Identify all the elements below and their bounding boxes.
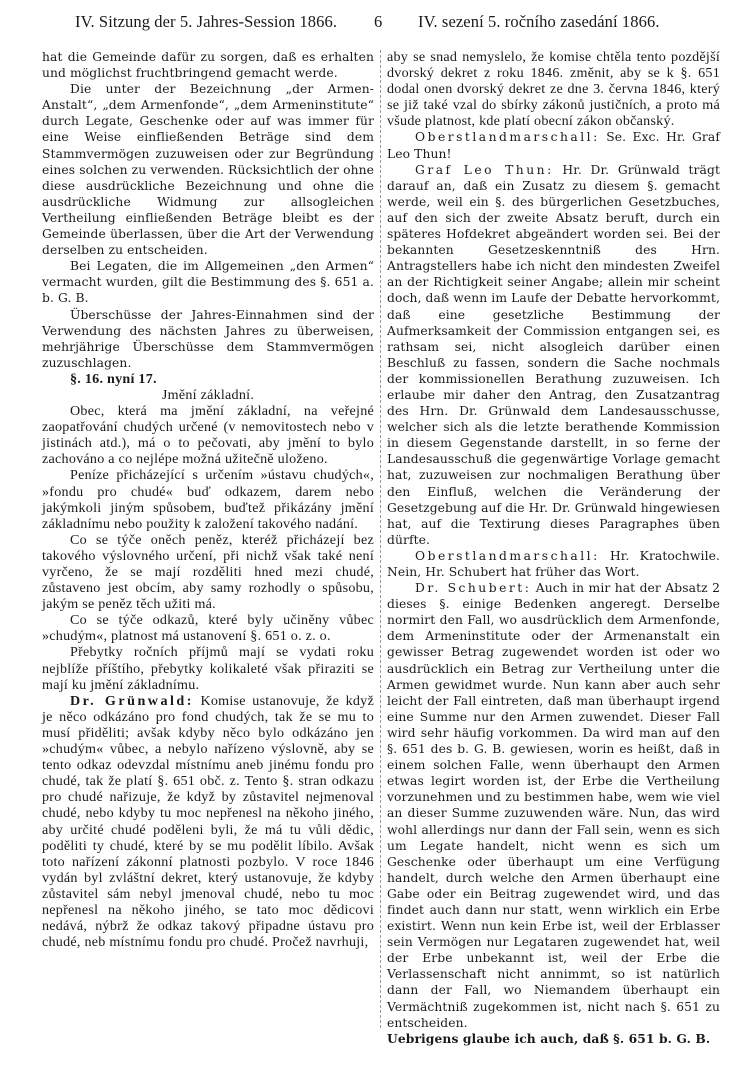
speech-paragraph: Dr. Schubert: Auch in mir hat der Absatz… [387, 580, 720, 1031]
speech-paragraph: Graf Leo Thun: Hr. Dr. Grünwald trägt da… [387, 162, 720, 548]
speech-paragraph: Dr. Grünwald: Komise ustanovuje, že když… [42, 693, 374, 951]
speech-paragraph: Oberstlandmarschall: Hr. Kratochwile. Ne… [387, 548, 720, 580]
right-column: aby se snad nemyslelo, že komise chtěla … [387, 49, 720, 1047]
speaker-name: Oberstlandmarschall: [415, 549, 600, 563]
section-number: §. 16. nyní 17. [42, 371, 374, 387]
paragraph: Peníze přicházející s určením »ústavu ch… [42, 467, 374, 531]
paragraph: aby se snad nemyslelo, že komise chtěla … [387, 49, 720, 129]
paragraph: Uebrigens glaube ich auch, daß §. 651 b.… [387, 1031, 720, 1047]
section-heading: Jmění základní. [42, 387, 374, 403]
page-number: 6 [374, 12, 382, 32]
paragraph: Überschüsse der Jahres-Einnahmen sind de… [42, 307, 374, 371]
speech-paragraph: Oberstlandmarschall: Se. Exc. Hr. Graf L… [387, 129, 720, 161]
left-column: hat die Gemeinde dafür zu sorgen, daß es… [42, 49, 374, 950]
paragraph: hat die Gemeinde dafür zu sorgen, daß es… [42, 49, 374, 81]
speech-text: Hr. Dr. Grünwald trägt darauf an, daß ei… [387, 163, 720, 547]
paragraph: Bei Legaten, die im Allgemeinen „den Arm… [42, 258, 374, 306]
header-czech-title: IV. sezení 5. ročního zasedání 1866. [418, 12, 660, 32]
speaker-name: Dr. Grünwald: [70, 693, 194, 709]
paragraph: Die unter der Bezeichnung „der Armen-Ans… [42, 81, 374, 258]
paragraph: Co se týče oněch peněz, kteréž přicházej… [42, 532, 374, 612]
speaker-name: Graf Leo Thun: [415, 163, 554, 177]
header-german-title: IV. Sitzung der 5. Jahres-Session 1866. [75, 12, 337, 32]
paragraph: Obec, která ma jmění základní, na veřejn… [42, 403, 374, 467]
paragraph: Přebytky ročních příjmů mají se vydati r… [42, 644, 374, 692]
column-divider [380, 50, 381, 1030]
speech-text: Komise ustanovuje, že když je něco odkáz… [42, 693, 374, 950]
speech-text: Auch in mir hat der Absatz 2 dieses §. e… [387, 581, 720, 1030]
speaker-name: Dr. Schubert: [415, 581, 531, 595]
speaker-name: Oberstlandmarschall: [415, 130, 600, 144]
page-header: IV. Sitzung der 5. Jahres-Session 1866. … [0, 10, 750, 40]
paragraph: Co se týče odkazů, které byly učiněny vů… [42, 612, 374, 644]
